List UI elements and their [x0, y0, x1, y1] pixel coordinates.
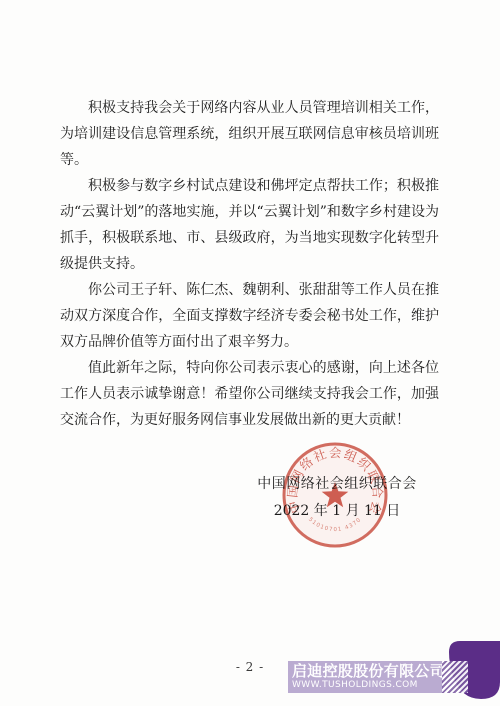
- signature-date: 2022 年 1 月 11 日: [172, 503, 500, 519]
- letter-paragraph: 积极支持我会关于网络内容从业人员管理培训相关工作，为培训建设信息管理系统，组织开…: [60, 95, 439, 173]
- letter-page: 积极支持我会关于网络内容从业人员管理培训相关工作，为培训建设信息管理系统，组织开…: [0, 0, 500, 706]
- letter-paragraph: 积极参与数字乡村试点建设和佛坪定点帮扶工作；积极推动“云翼计划”的落地实施，并以…: [60, 173, 439, 277]
- seal-code: 51010701 4370: [307, 517, 363, 534]
- letter-body: 积极支持我会关于网络内容从业人员管理培训相关工作，为培训建设信息管理系统，组织开…: [60, 95, 439, 433]
- watermark-banner: 启迪控股股份有限公司 WWW.TUSHOLDINGS.COM: [288, 661, 443, 693]
- letter-paragraph: 你公司王子轩、陈仁杰、魏朝利、张甜甜等工作人员在推动双方深度合作，全面支撑数字经…: [60, 277, 439, 355]
- signature-block: 中国网络社会组织联合会 2022 年 1 月 11 日: [172, 476, 500, 519]
- watermark-company-name: 启迪控股股份有限公司: [292, 663, 443, 680]
- letter-paragraph: 值此新年之际，特向你公司表示衷心的感谢，向上述各位工作人员表示诚挚谢意！希望你公…: [60, 355, 439, 433]
- watermark-hatch-stripes: [442, 661, 468, 693]
- watermark-website: WWW.TUSHOLDINGS.COM: [292, 680, 443, 691]
- signature-organization: 中国网络社会组织联合会: [172, 476, 500, 492]
